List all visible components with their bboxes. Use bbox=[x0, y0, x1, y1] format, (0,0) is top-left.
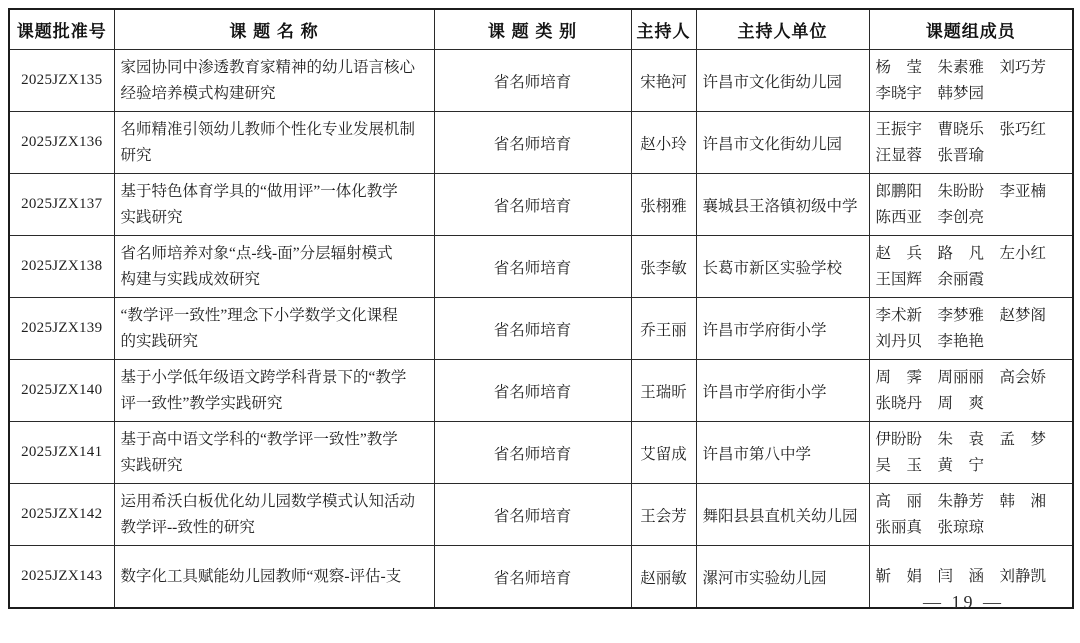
cell-project-title: 基于小学低年级语文跨学科背景下的“教学 评一致性”教学实践研究 bbox=[114, 360, 434, 422]
cell-project-category: 省名师培育 bbox=[434, 422, 631, 484]
cell-leader-unit: 舞阳县县直机关幼儿园 bbox=[696, 484, 869, 546]
cell-team-members: 李术新 李梦雅 赵梦阁 刘丹贝 李艳艳 bbox=[869, 298, 1073, 360]
cell-leader: 乔王丽 bbox=[631, 298, 696, 360]
table-row: 2025JZX137 基于特色体育学具的“做用评”一体化教学 实践研究 省名师培… bbox=[9, 174, 1073, 236]
cell-team-members: 周 霁 周丽丽 高会娇 张晓丹 周 爽 bbox=[869, 360, 1073, 422]
header-team-members: 课题组成员 bbox=[869, 9, 1073, 50]
cell-leader: 王会芳 bbox=[631, 484, 696, 546]
cell-team-members: 杨 莹 朱素雅 刘巧芳 李晓宇 韩梦园 bbox=[869, 50, 1073, 112]
cell-approval-id: 2025JZX136 bbox=[9, 112, 114, 174]
cell-project-title: 数字化工具赋能幼儿园教师“观察-评估-支 bbox=[114, 546, 434, 609]
header-approval-id: 课题批准号 bbox=[9, 9, 114, 50]
cell-project-title: 省名师培养对象“点-线-面”分层辐射模式 构建与实践成效研究 bbox=[114, 236, 434, 298]
cell-leader-unit: 漯河市实验幼儿园 bbox=[696, 546, 869, 609]
cell-leader: 赵小玲 bbox=[631, 112, 696, 174]
cell-leader-unit: 许昌市文化街幼儿园 bbox=[696, 112, 869, 174]
cell-project-title: 基于高中语文学科的“教学评一致性”教学 实践研究 bbox=[114, 422, 434, 484]
table-row: 2025JZX135 家园协同中渗透教育家精神的幼儿语言核心 经验培养模式构建研… bbox=[9, 50, 1073, 112]
document-page: 课题批准号 课 题 名 称 课 题 类 别 主持人 主持人单位 课题组成员 20… bbox=[0, 0, 1080, 643]
cell-leader-unit: 许昌市学府街小学 bbox=[696, 360, 869, 422]
header-project-category: 课 题 类 别 bbox=[434, 9, 631, 50]
approval-table: 课题批准号 课 题 名 称 课 题 类 别 主持人 主持人单位 课题组成员 20… bbox=[8, 8, 1074, 609]
cell-approval-id: 2025JZX135 bbox=[9, 50, 114, 112]
cell-team-members: 郎鹏阳 朱盼盼 李亚楠 陈西亚 李创亮 bbox=[869, 174, 1073, 236]
cell-project-title: 名师精准引领幼儿教师个性化专业发展机制 研究 bbox=[114, 112, 434, 174]
table-row: 2025JZX136 名师精准引领幼儿教师个性化专业发展机制 研究 省名师培育 … bbox=[9, 112, 1073, 174]
cell-leader: 王瑞昕 bbox=[631, 360, 696, 422]
cell-project-category: 省名师培育 bbox=[434, 360, 631, 422]
cell-team-members: 王振宇 曹晓乐 张巧红 汪显蓉 张晋瑜 bbox=[869, 112, 1073, 174]
cell-team-members: 伊盼盼 朱 袁 孟 梦 吴 玉 黄 宁 bbox=[869, 422, 1073, 484]
cell-leader-unit: 许昌市文化街幼儿园 bbox=[696, 50, 869, 112]
cell-leader-unit: 襄城县王洛镇初级中学 bbox=[696, 174, 869, 236]
table-row: 2025JZX142 运用希沃白板优化幼儿园数学模式认知活动 教学评--致性的研… bbox=[9, 484, 1073, 546]
cell-project-category: 省名师培育 bbox=[434, 546, 631, 609]
cell-leader: 张李敏 bbox=[631, 236, 696, 298]
cell-approval-id: 2025JZX143 bbox=[9, 546, 114, 609]
cell-project-category: 省名师培育 bbox=[434, 236, 631, 298]
cell-project-title: 运用希沃白板优化幼儿园数学模式认知活动 教学评--致性的研究 bbox=[114, 484, 434, 546]
cell-project-category: 省名师培育 bbox=[434, 174, 631, 236]
cell-project-title: 基于特色体育学具的“做用评”一体化教学 实践研究 bbox=[114, 174, 434, 236]
cell-leader: 宋艳河 bbox=[631, 50, 696, 112]
table-header-row: 课题批准号 课 题 名 称 课 题 类 别 主持人 主持人单位 课题组成员 bbox=[9, 9, 1073, 50]
header-project-title: 课 题 名 称 bbox=[114, 9, 434, 50]
table-row: 2025JZX139 “教学评一致性”理念下小学数学文化课程 的实践研究 省名师… bbox=[9, 298, 1073, 360]
table-row: 2025JZX140 基于小学低年级语文跨学科背景下的“教学 评一致性”教学实践… bbox=[9, 360, 1073, 422]
cell-leader-unit: 许昌市第八中学 bbox=[696, 422, 869, 484]
header-leader-unit: 主持人单位 bbox=[696, 9, 869, 50]
cell-approval-id: 2025JZX137 bbox=[9, 174, 114, 236]
header-leader: 主持人 bbox=[631, 9, 696, 50]
cell-leader: 张栩雅 bbox=[631, 174, 696, 236]
cell-project-title: “教学评一致性”理念下小学数学文化课程 的实践研究 bbox=[114, 298, 434, 360]
cell-project-category: 省名师培育 bbox=[434, 112, 631, 174]
table-row: 2025JZX138 省名师培养对象“点-线-面”分层辐射模式 构建与实践成效研… bbox=[9, 236, 1073, 298]
cell-project-category: 省名师培育 bbox=[434, 484, 631, 546]
cell-project-title: 家园协同中渗透教育家精神的幼儿语言核心 经验培养模式构建研究 bbox=[114, 50, 434, 112]
cell-approval-id: 2025JZX142 bbox=[9, 484, 114, 546]
cell-leader: 赵丽敏 bbox=[631, 546, 696, 609]
cell-approval-id: 2025JZX138 bbox=[9, 236, 114, 298]
cell-leader-unit: 许昌市学府街小学 bbox=[696, 298, 869, 360]
table-body: 2025JZX135 家园协同中渗透教育家精神的幼儿语言核心 经验培养模式构建研… bbox=[9, 50, 1073, 609]
cell-project-category: 省名师培育 bbox=[434, 50, 631, 112]
cell-approval-id: 2025JZX139 bbox=[9, 298, 114, 360]
cell-leader: 艾留成 bbox=[631, 422, 696, 484]
cell-leader-unit: 长葛市新区实验学校 bbox=[696, 236, 869, 298]
cell-team-members: 高 丽 朱静芳 韩 湘 张丽真 张琼琼 bbox=[869, 484, 1073, 546]
table-row: 2025JZX141 基于高中语文学科的“教学评一致性”教学 实践研究 省名师培… bbox=[9, 422, 1073, 484]
table-row: 2025JZX143 数字化工具赋能幼儿园教师“观察-评估-支 省名师培育 赵丽… bbox=[9, 546, 1073, 609]
cell-approval-id: 2025JZX140 bbox=[9, 360, 114, 422]
cell-project-category: 省名师培育 bbox=[434, 298, 631, 360]
page-number: — 19 — bbox=[923, 592, 1004, 613]
cell-approval-id: 2025JZX141 bbox=[9, 422, 114, 484]
cell-team-members: 赵 兵 路 凡 左小红 王国辉 余丽霞 bbox=[869, 236, 1073, 298]
